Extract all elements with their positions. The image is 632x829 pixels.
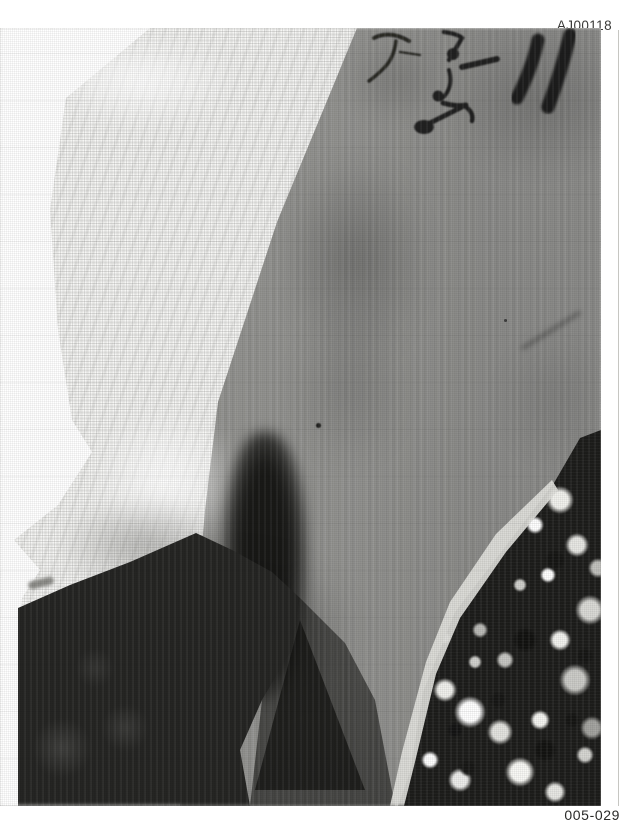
page-number-code: 005-029 (564, 807, 620, 823)
ink-scribble-left (369, 35, 420, 81)
scanned-document-page: AJ00118 (0, 0, 632, 829)
handwritten-ink-marks (0, 28, 601, 806)
page-margin-line (618, 30, 619, 806)
ink-double-stroke (517, 35, 570, 107)
ink-scribble-right (414, 32, 497, 134)
halftone-photograph (0, 28, 601, 806)
